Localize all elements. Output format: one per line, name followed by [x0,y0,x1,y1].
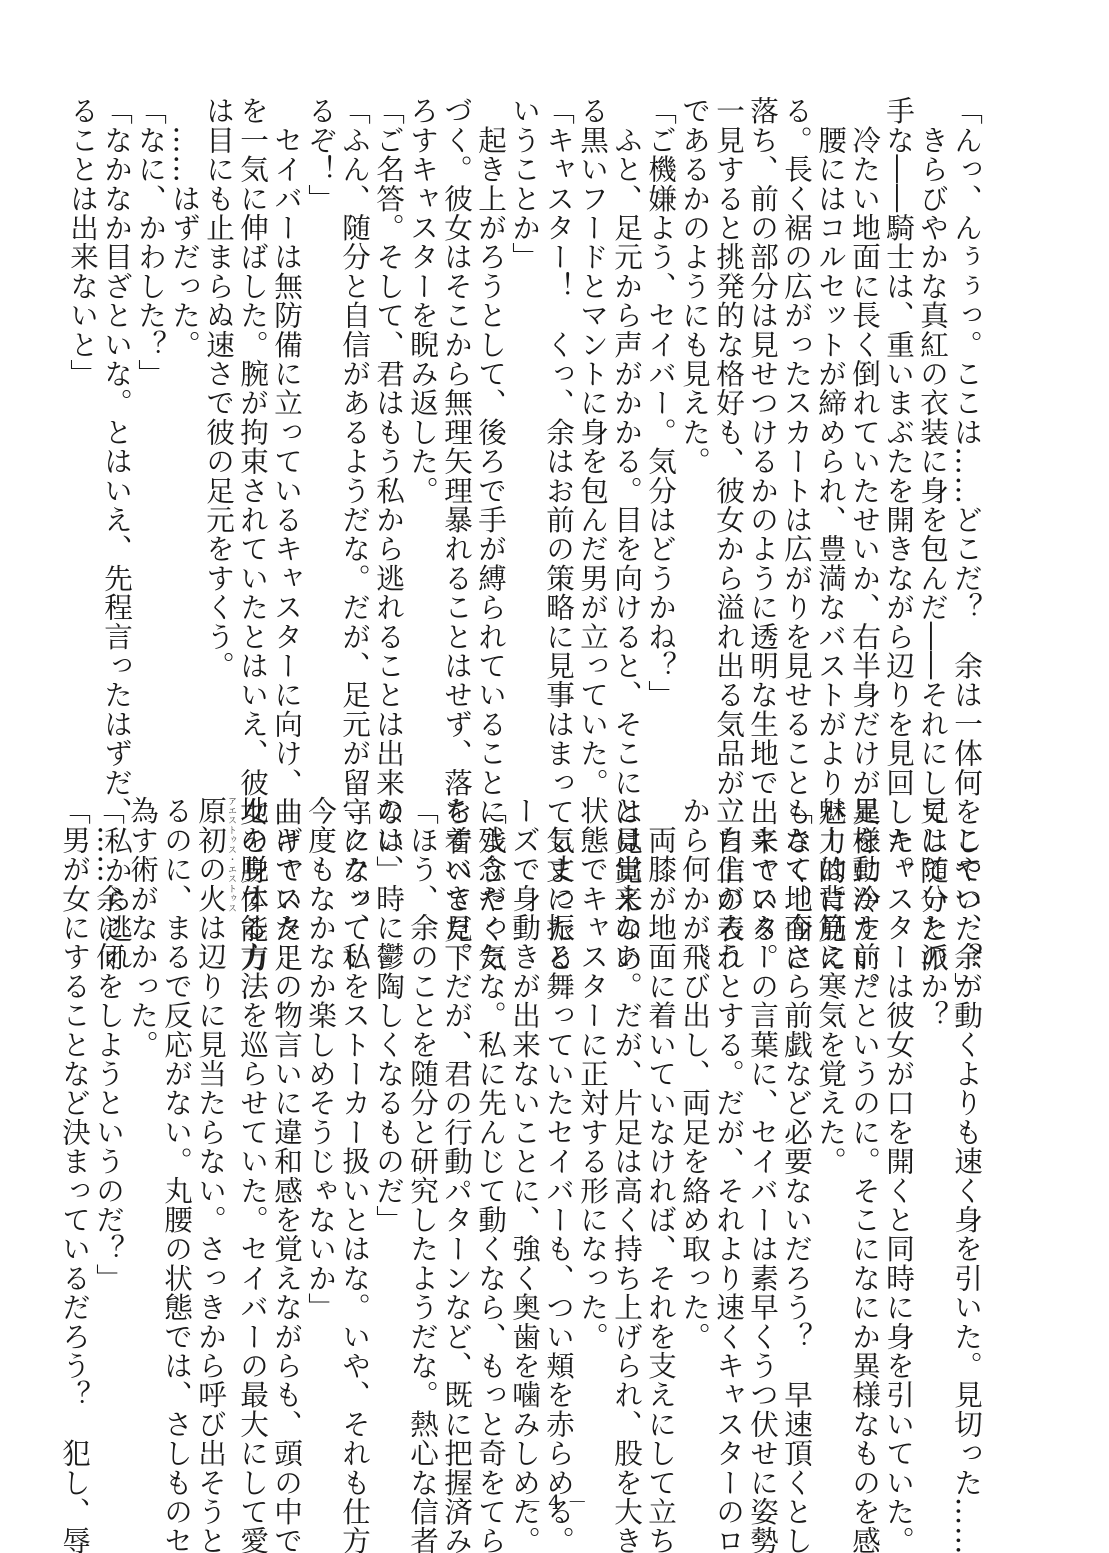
text-line: 「ご機嫌よう、セイバー。気分はどうかね？」 [644,96,678,756]
document-page: 「んっ、んぅぅっ。ここは……どこだ？ 余は一体何をしていた？」 きらびやかな真紅… [0,0,1109,1553]
text-line: 足を動かす前だというのに。そこになにか異様なものを感じ、セイ [848,796,882,1456]
text-line: 起き上がろうとして、後ろで手が縛られていることにようやく気 [474,96,508,756]
lower-text-tier: こやつ、余が動くよりも速く身を引いた。見切った……いや、予見していたのか？ キャ… [138,796,984,1456]
text-line: 「キャスター！ くっ、余はお前の策略に見事はまってしまったと [542,96,576,756]
text-line: こやつ、余が動くよりも速く身を引いた。見切った……いや、予 [950,796,984,1456]
text-line: キャスターは彼女が口を開くと同時に身を引いていた。まだ蹴り [882,796,916,1456]
text-line: 落ち、前の部分は見せつけるかのように透明な生地で出来ている。 [746,96,780,756]
text-line: るぞ！」 [304,96,338,756]
text-line: ……はずだった。 [168,96,202,756]
text-line: 「ご名答。そして、君はもう私から逃れることは出来ない」 [372,96,406,756]
text-line: であるかのようにも見えた。 [678,96,712,756]
text-line: 今度もなかなか楽しめそうじゃないか」 [304,796,338,1456]
text-line: とは出来ない。だが、片足は高く持ち上げられ、股を大きく広げた [610,796,644,1456]
text-line: 「なかなか目ざといな。とはいえ、先程言ったはずだ、私から逃れ [100,96,134,756]
text-line: る。長く裾の広がったスカートは広がりを見せることもなく地面に [780,96,814,756]
text-line: いうことか」 [508,96,542,756]
text-line: きらびやかな真紅の衣装に身を包んだ――それにしては随分と派 [916,96,950,756]
text-line: キャスターの物言いに違和感を覚えながらも、頭の中ではこの窮 [270,796,304,1456]
text-line: 見していたのか？ [916,796,950,1456]
text-line: 両膝が地面に着いていなければ、それを支えにして立ち上がるこ [644,796,678,1456]
ruby-annotation: 原初の火アエストゥス・エストゥス [194,796,228,913]
text-line: キャスターの言葉に、セイバーは素早くうつ伏せに姿勢を変えて [746,796,780,1456]
text-line: 気丈に振る舞っていたセイバーも、つい頬を赤らめる。羞恥のポ [542,796,576,1456]
text-line: 立ち上がろうとする。だが、それより速くキャスターのローブの下 [712,796,746,1456]
text-line: 「ククッ、私をストーカー扱いとはな。いや、それも仕方ないか。 [338,796,372,1456]
text-line: づく。彼女はそこから無理矢理暴れることはせず、落ち着いて見下 [440,96,474,756]
text-line: 「……余に何をしようというのだ？」 [92,796,126,1456]
text-line: ーズで身動きが出来ないことに、強く奥歯を噛みしめた。 [508,796,542,1456]
text-line: 手な――騎士は、重いまぶたを開きながら辺りを見回した。 [882,96,916,756]
text-line: ろすキャスターを睨み返した。 [406,96,440,756]
text-line: 「男が女にすることなど決まっているだろう？ 犯し、辱め、蹂躙 [58,796,92,1456]
text-line: 為す術がなかった。 [126,796,160,1456]
text-line: 「なに、かわした？」 [134,96,168,756]
text-line: 冷たい地面に長く倒れていたせいか、右半身だけが異様に冷たい。 [848,96,882,756]
text-line: 原初の火アエストゥス・エストゥスは辺りに見当たらない。さっきから呼び出そうとして… [194,796,236,1456]
text-line: ふと、足元から声がかかる。目を向けると、そこには見覚えのあ [610,96,644,756]
text-line: バーは背筋に寒気を覚えた。 [814,796,848,1456]
text-line: 「ふん、随分と自信があるようだな。だが、足元が留守になってい [338,96,372,756]
text-line: をすべきだ。だが、君の行動パターンなど、既に把握済みだがな」 [440,796,474,1456]
upper-text-tier: 「んっ、んぅぅっ。ここは……どこだ？ 余は一体何をしていた？」 きらびやかな真紅… [138,96,984,756]
page-number: － 4 － [0,1486,1109,1515]
text-line: ることは出来ないと」 [66,96,100,756]
text-line: を一気に伸ばした。腕が拘束されていたとはいえ、彼女の身体能力 [236,96,270,756]
text-line: 一見すると挑発的な格好も、彼女から溢れ出る気品が、自信の表れ [712,96,746,756]
text-line: は目にも止まらぬ速さで彼の足元をすくう。 [202,96,236,756]
text-line: 「さて、今さら前戯など必要ないだろう？ 早速頂くとしようか」 [780,796,814,1456]
text-line: セイバーは無防備に立っているキャスターに向け、曲げていた足 [270,96,304,756]
text-line: 地を脱する方法を巡らせていた。セイバーの最大にして愛用の剣、 [236,796,270,1456]
text-line: 「ほう、余のことを随分と研究したようだな。熱心な信者というも [406,796,440,1456]
text-line: 状態でキャスターに正対する形になった。 [576,796,610,1456]
text-line: るのに、まるで反応がない。丸腰の状態では、さしものセイバーも [160,796,194,1456]
text-line: 「残念だったな。私に先んじて動くなら、もっと奇をてらったこと [474,796,508,1456]
text-line: から何かが飛び出し、両足を絡め取った。 [678,796,712,1456]
text-line: 「んっ、んぅぅっ。ここは……どこだ？ 余は一体何をしていた？」 [950,96,984,756]
text-line: る黒いフードとマントに身を包んだ男が立っていた。 [576,96,610,756]
text-line: のは、時に鬱陶しくなるものだ」 [372,796,406,1456]
text-line: 腰にはコルセットが締められ、豊満なバストがより魅力的に見え [814,96,848,756]
